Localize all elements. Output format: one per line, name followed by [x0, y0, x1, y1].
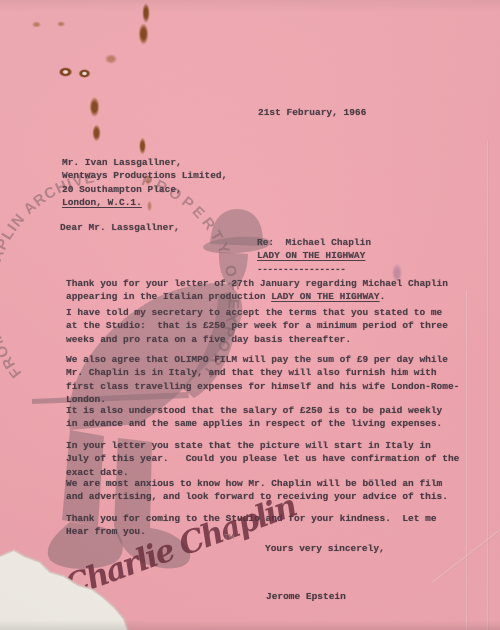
typist-initials: JE/mm: [76, 594, 105, 607]
subject-line: Re: Michael Chaplin: [257, 237, 371, 248]
stain: [55, 20, 67, 28]
recipient-city: London, W.C.1.: [62, 197, 142, 208]
recipient-line: Wentways Productions Limited,: [62, 170, 227, 181]
subject-title: LADY ON THE HIGHWAY: [257, 250, 365, 261]
film-title: LADY ON THE HIGHWAY: [271, 291, 379, 302]
paragraph-6: We are most anxious to know how Mr. Chap…: [66, 477, 448, 504]
stain: [138, 135, 147, 157]
paragraph-2: I have told my secretary to accept the t…: [66, 306, 448, 346]
signatory-name: Jerome Epstein: [266, 590, 346, 603]
letter-page: FROM THE CHAPLIN ARCHIVE PROPERTY OF EXP…: [0, 0, 500, 630]
letter-date: 21st February, 1966: [258, 106, 366, 119]
subject-underscore-rule: -----------------: [257, 264, 345, 275]
burn-hole: [77, 68, 92, 79]
recipient-line: 20 Southampton Place,: [62, 184, 182, 195]
burn-hole: [57, 66, 74, 78]
stain: [137, 20, 150, 48]
paragraph-7: Thank you for coming to the Studio and f…: [66, 512, 437, 539]
recipient-address: Mr. Ivan Lassgallner, Wentways Productio…: [62, 156, 227, 210]
closing: Yours very sincerely,: [265, 542, 385, 555]
paragraph-3: We also agree that OLIMPO FILM will pay …: [66, 353, 459, 407]
paper-crease: [432, 508, 500, 583]
stain: [30, 20, 43, 29]
salutation: Dear Mr. Lassgallner,: [60, 221, 180, 234]
paper-crease: [487, 140, 489, 630]
paragraph-text: Thank you for your letter of 27th Januar…: [66, 278, 448, 302]
recipient-line: Mr. Ivan Lassgallner,: [62, 157, 182, 168]
paragraph-4: It is also understood that the salary of…: [66, 404, 442, 431]
subject-block: Re: Michael Chaplin LADY ON THE HIGHWAY …: [257, 236, 371, 276]
paper-crease: [466, 290, 468, 630]
stain: [91, 122, 102, 144]
paragraph-text: .: [380, 291, 386, 302]
paragraph-1: Thank you for your letter of 27th Januar…: [66, 277, 448, 304]
paragraph-5: In your letter you state that the pictur…: [66, 439, 459, 479]
stain: [141, 0, 151, 26]
stain: [102, 52, 120, 66]
stain: [88, 94, 101, 120]
torn-corner: [0, 540, 140, 630]
